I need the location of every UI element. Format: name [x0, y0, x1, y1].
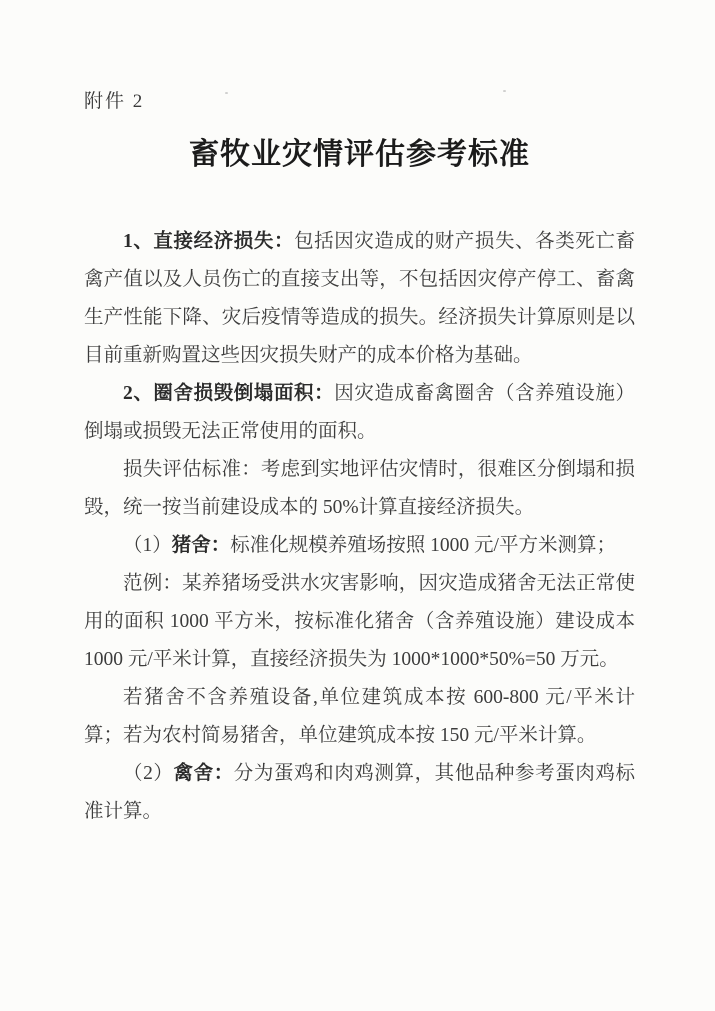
document-body: 1、直接经济损失：包括因灾造成的财产损失、各类死亡畜禽产值以及人员伤亡的直接支出…	[84, 223, 635, 831]
paragraph: 损失评估标准：考虑到实地评估灾情时，很难区分倒塌和损毁，统一按当前建设成本的 5…	[84, 451, 635, 527]
paragraph: （2）禽舍：分为蛋鸡和肉鸡测算，其他品种参考蛋肉鸡标准计算。	[84, 755, 635, 831]
paragraph-text: 损失评估标准：考虑到实地评估灾情时，很难区分倒塌和损毁，统一按当前建设成本的 5…	[84, 459, 635, 518]
paragraph: （1）猪舍：标准化规模养殖场按照 1000 元/平方米测算；	[84, 527, 635, 565]
paragraph-text: 若猪舍不含养殖设备,单位建筑成本按 600-800 元/平米计算；若为农村简易猪…	[84, 687, 635, 746]
paragraph-text: 标准化规模养殖场按照 1000 元/平方米测算；	[230, 535, 616, 556]
scan-speck	[503, 90, 506, 92]
paragraph: 范例：某养猪场受洪水灾害影响，因灾造成猪舍无法正常使用的面积 1000 平方米，…	[84, 565, 635, 679]
paragraph-lead: 猪舍：	[172, 535, 231, 556]
document-page: 附件 2 畜牧业灾情评估参考标准 1、直接经济损失：包括因灾造成的财产损失、各类…	[0, 0, 715, 1011]
paragraph: 2、圈舍损毁倒塌面积：因灾造成畜禽圈舍（含养殖设施）倒塌或损毁无法正常使用的面积…	[84, 375, 635, 451]
paragraph-lead: 1、直接经济损失：	[123, 231, 294, 252]
paragraph: 若猪舍不含养殖设备,单位建筑成本按 600-800 元/平米计算；若为农村简易猪…	[84, 679, 635, 755]
scan-speck	[225, 92, 228, 94]
paragraph-prefix: （1）	[123, 535, 172, 556]
paragraph-lead: 2、圈舍损毁倒塌面积：	[123, 383, 334, 404]
paragraph-text: 范例：某养猪场受洪水灾害影响，因灾造成猪舍无法正常使用的面积 1000 平方米，…	[84, 573, 635, 670]
page-title: 畜牧业灾情评估参考标准	[84, 129, 635, 173]
paragraph-lead: 禽舍：	[174, 763, 234, 784]
paragraph: 1、直接经济损失：包括因灾造成的财产损失、各类死亡畜禽产值以及人员伤亡的直接支出…	[84, 223, 635, 375]
attachment-label: 附件 2	[84, 86, 635, 113]
paragraph-prefix: （2）	[123, 763, 174, 784]
